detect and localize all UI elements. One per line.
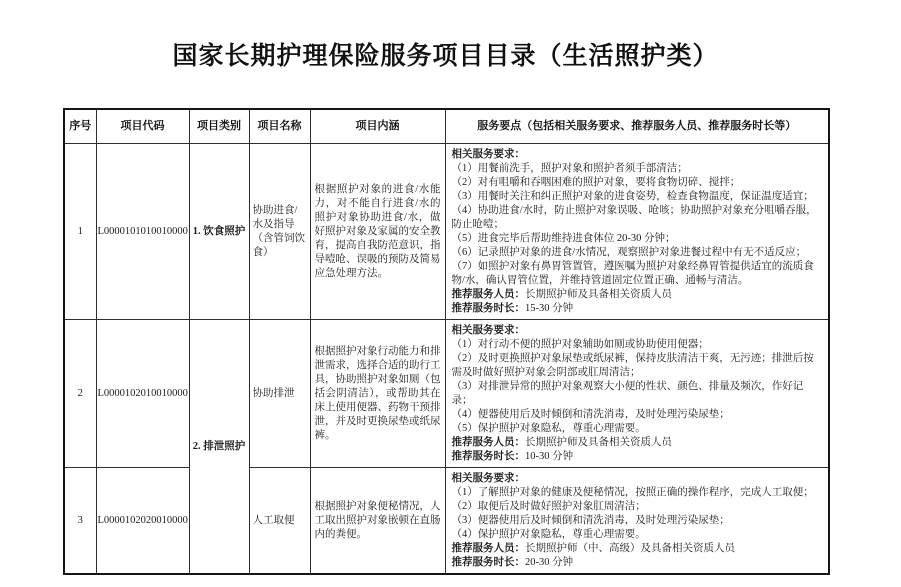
row-seq: 3 (64, 468, 96, 575)
recommended-duration: 推荐服务时长：10-30 分钟 (452, 450, 823, 464)
recommended-staff-value: 长期照护师及具备相关资质人员 (525, 289, 672, 300)
service-points-cell: 相关服务要求： （1）用餐前洗手，照护对象和照护者须手部清洁； （2）对有咀嚼和… (445, 144, 829, 320)
service-requirement-item: （4）便器使用后及时倾倒和清洗消毒，及时处理污染尿垫； (452, 408, 823, 422)
recommended-staff-value: 长期照护师（中、高级）及具备相关资质人员 (525, 543, 735, 554)
recommended-duration-label: 推荐服务时长： (452, 303, 526, 314)
service-requirement-item: （3）便器使用后及时倾倒和清洗消毒，及时处理污染尿垫； (452, 514, 823, 528)
table-row: 1 L0000101010010000 1. 饮食照护 协助进食/水及指导（含管… (64, 144, 829, 320)
service-requirement-item: （3）用餐时关注和纠正照护对象的进食姿势，检查食物温度，保证温度适宜； (452, 190, 823, 204)
col-header-seq: 序号 (64, 109, 96, 144)
project-description: 根据照护对象便秘情况，人工取出照护对象嵌顿在直肠内的粪便。 (310, 468, 445, 575)
recommended-duration-value: 10-30 分钟 (525, 451, 573, 462)
project-name: 人工取便 (249, 468, 310, 575)
row-seq: 1 (64, 144, 96, 320)
service-requirement-item: （1）了解照护对象的健康及便秘情况，按照正确的操作程序，完成人工取便； (452, 486, 823, 500)
recommended-duration: 推荐服务时长：20-30 分钟 (452, 556, 823, 570)
recommended-duration-value: 15-30 分钟 (525, 303, 573, 314)
project-name: 协助进食/水及指导（含管饲饮食） (249, 144, 310, 320)
recommended-staff-label: 推荐服务人员： (452, 437, 526, 448)
service-requirement-item: （2）取便后及时做好照护对象肛周清洁； (452, 500, 823, 514)
project-category: 1. 饮食照护 (189, 144, 249, 320)
col-header-project-category: 项目类别 (189, 109, 249, 144)
document-title: 国家长期护理保险服务项目目录（生活照护类） (63, 0, 828, 72)
service-points-cell: 相关服务要求： （1）对行动不便的照护对象辅助如厕或协助使用便器； （2）及时更… (445, 320, 829, 468)
service-requirement-item: （2）对有咀嚼和吞咽困难的照护对象，要将食物切碎、搅拌； (452, 176, 823, 190)
service-requirement-item: （7）如照护对象有鼻胃管置管，遵医嘱为照护对象经鼻胃管提供适宜的流质食物/水，确… (452, 260, 823, 288)
service-requirement-item: （4）保护照护对象隐私，尊重心理需要。 (452, 528, 823, 542)
project-description: 根据照护对象行动能力和排泄需求，选择合适的助行工具，协助照护对象如厕（包括会阴清… (310, 320, 445, 468)
recommended-duration-value: 20-30 分钟 (525, 557, 573, 568)
recommended-staff-value: 长期照护师及具备相关资质人员 (525, 437, 672, 448)
service-requirements-heading: 相关服务要求： (452, 472, 823, 486)
recommended-duration: 推荐服务时长：15-30 分钟 (452, 302, 823, 316)
service-requirements-heading: 相关服务要求： (452, 148, 823, 162)
table-row: 2 L0000102010010000 2. 排泄照护 协助排泄 根据照护对象行… (64, 320, 829, 468)
recommended-staff-label: 推荐服务人员： (452, 289, 526, 300)
service-requirement-item: （1）对行动不便的照护对象辅助如厕或协助使用便器； (452, 338, 823, 352)
service-requirements-heading: 相关服务要求： (452, 324, 823, 338)
col-header-project-name: 项目名称 (249, 109, 310, 144)
recommended-duration-label: 推荐服务时长： (452, 557, 526, 568)
service-requirement-item: （3）对排泄异常的照护对象观察大小便的性状、颜色、排量及频次，作好记录； (452, 380, 823, 408)
project-code: L0000102020010000 (96, 468, 189, 575)
service-requirement-item: （6）记录照护对象的进食/水情况，观察照护对象进餐过程中有无不适反应； (452, 246, 823, 260)
recommended-duration-label: 推荐服务时长： (452, 451, 526, 462)
row-seq: 2 (64, 320, 96, 468)
recommended-staff-label: 推荐服务人员： (452, 543, 526, 554)
service-catalog-table: 序号 项目代码 项目类别 项目名称 项目内涵 服务要点（包括相关服务要求、推荐服… (63, 108, 830, 575)
col-header-project-code: 项目代码 (96, 109, 189, 144)
service-requirement-item: （2）及时更换照护对象尿垫或纸尿裤，保持皮肤清洁干爽，无污迹；排泄后按需及时做好… (452, 352, 823, 380)
project-code: L0000102010010000 (96, 320, 189, 468)
project-name: 协助排泄 (249, 320, 310, 468)
service-points-cell: 相关服务要求： （1）了解照护对象的健康及便秘情况，按照正确的操作程序，完成人工… (445, 468, 829, 575)
service-requirement-item: （1）用餐前洗手，照护对象和照护者须手部清洁； (452, 162, 823, 176)
service-requirement-item: （5）保护照护对象隐私，尊重心理需要。 (452, 422, 823, 436)
recommended-staff: 推荐服务人员：长期照护师及具备相关资质人员 (452, 436, 823, 450)
project-description: 根据照护对象的进食/水能力，对不能自行进食/水的照护对象协助进食/水，做好照护对… (310, 144, 445, 320)
project-code: L0000101010010000 (96, 144, 189, 320)
project-category: 2. 排泄照护 (189, 320, 249, 575)
recommended-staff: 推荐服务人员：长期照护师及具备相关资质人员 (452, 288, 823, 302)
recommended-staff: 推荐服务人员：长期照护师（中、高级）及具备相关资质人员 (452, 542, 823, 556)
col-header-service-points: 服务要点（包括相关服务要求、推荐服务人员、推荐服务时长等） (445, 109, 829, 144)
service-requirement-item: （5）进食完毕后帮助维持进食体位 20-30 分钟； (452, 232, 823, 246)
header-row: 序号 项目代码 项目类别 项目名称 项目内涵 服务要点（包括相关服务要求、推荐服… (64, 109, 829, 144)
col-header-project-description: 项目内涵 (310, 109, 445, 144)
service-requirement-item: （4）协助进食/水时，防止照护对象误吸、呛咳；协助照护对象充分咀嚼吞服，防止呛噎… (452, 204, 823, 232)
table-row: 3 L0000102020010000 人工取便 根据照护对象便秘情况，人工取出… (64, 468, 829, 575)
